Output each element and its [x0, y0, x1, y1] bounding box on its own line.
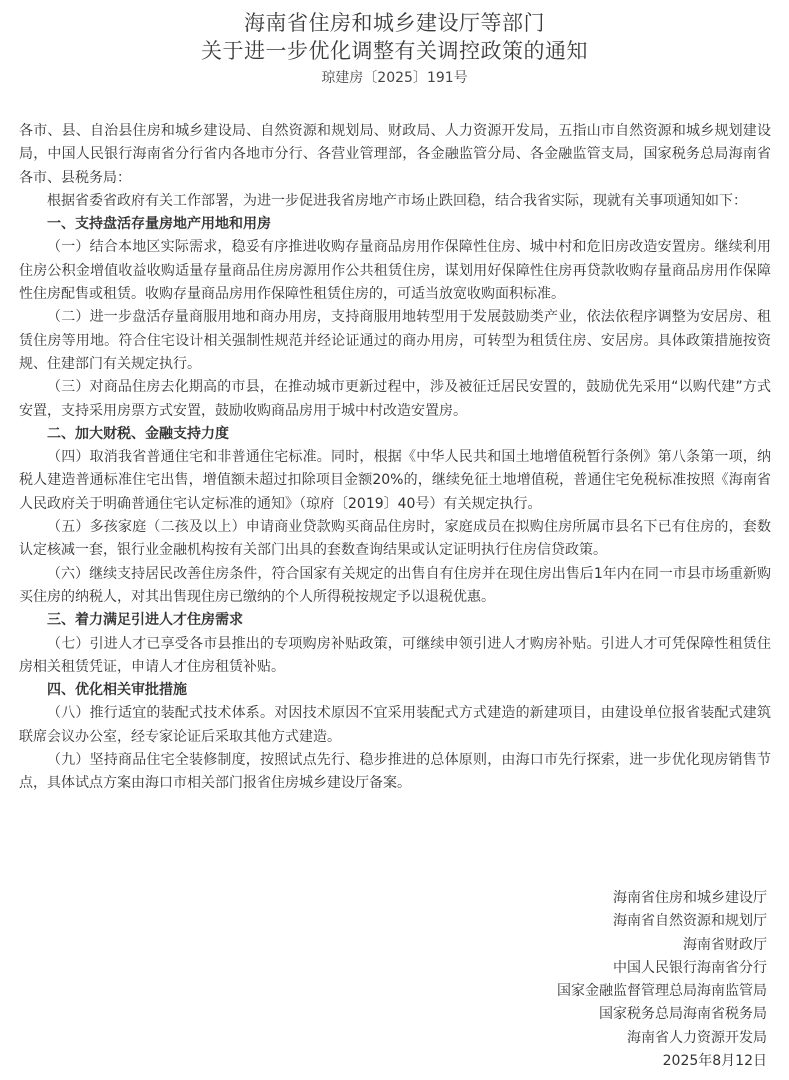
- issuer-name: 海南省住房和城乡建设厅: [557, 887, 767, 910]
- paragraph-item-4: （四）取消我省普通住宅和非普通住宅标准。同时，根据《中华人民共和国土地增值税暂行…: [19, 446, 771, 516]
- section-heading-4: 四、优化相关审批措施: [19, 679, 771, 702]
- paragraph-item-7: （七）引进人才已享受各市县推出的专项购房补贴政策，可继续申领引进人才购房补贴。引…: [19, 633, 771, 680]
- paragraph-item-1: （一）结合本地区实际需求，稳妥有序推进收购存量商品房用作保障性住房、城中村和危旧…: [19, 236, 771, 306]
- issuer-name: 中国人民银行海南省分行: [557, 957, 767, 980]
- document-title-line-1: 海南省住房和城乡建设厅等部门: [0, 9, 789, 37]
- document-number: 琼建房〔2025〕191号: [0, 67, 789, 89]
- paragraph-item-6: （六）继续支持居民改善住房条件，符合国家有关规定的出售自有住房并在现住房出售后1…: [19, 563, 771, 610]
- issuer-name: 海南省自然资源和规划厅: [557, 910, 767, 933]
- issuer-name: 海南省人力资源开发局: [557, 1027, 767, 1050]
- paragraph-item-9: （九）坚持商品住宅全装修制度，按照试点先行、稳步推进的总体原则，由海口市先行探索…: [19, 749, 771, 796]
- issuer-name: 国家金融监督管理总局海南监管局: [557, 980, 767, 1003]
- issue-date: 2025年8月12日: [557, 1050, 767, 1073]
- document-header: 海南省住房和城乡建设厅等部门 关于进一步优化调整有关调控政策的通知 琼建房〔20…: [0, 0, 789, 89]
- paragraph-item-5: （五）多孩家庭（二孩及以上）申请商业贷款购买商品住房时，家庭成员在拟购住房所属市…: [19, 516, 771, 563]
- paragraph-item-3: （三）对商品住房去化期高的市县，在推动城市更新过程中，涉及被征迁居民安置的，鼓励…: [19, 376, 771, 423]
- paragraph-item-8: （八）推行适宜的装配式技术体系。对因技术原因不宜采用装配式方式建造的新建项目，由…: [19, 702, 771, 749]
- issuer-name: 海南省财政厅: [557, 934, 767, 957]
- section-heading-2: 二、加大财税、金融支持力度: [19, 423, 771, 446]
- document-body: 各市、县、自治县住房和城乡建设局、自然资源和规划局、财政局、人力资源开发局，五指…: [19, 120, 771, 796]
- document-page: 海南省住房和城乡建设厅等部门 关于进一步优化调整有关调控政策的通知 琼建房〔20…: [0, 0, 789, 1080]
- issuer-name: 国家税务总局海南省税务局: [557, 1003, 767, 1026]
- signature-block: 海南省住房和城乡建设厅 海南省自然资源和规划厅 海南省财政厅 中国人民银行海南省…: [557, 887, 767, 1073]
- paragraph-item-2: （二）进一步盘活存量商服用地和商办用房，支持商服用地转型用于发展鼓励类产业，依法…: [19, 306, 771, 376]
- section-heading-3: 三、着力满足引进人才住房需求: [19, 609, 771, 632]
- intro-paragraph: 根据省委省政府有关工作部署，为进一步促进我省房地产市场止跌回稳，结合我省实际，现…: [19, 190, 771, 213]
- section-heading-1: 一、支持盘活存量房地产用地和用房: [19, 213, 771, 236]
- document-title-line-2: 关于进一步优化调整有关调控政策的通知: [0, 37, 789, 65]
- addressees: 各市、县、自治县住房和城乡建设局、自然资源和规划局、财政局、人力资源开发局，五指…: [19, 120, 771, 190]
